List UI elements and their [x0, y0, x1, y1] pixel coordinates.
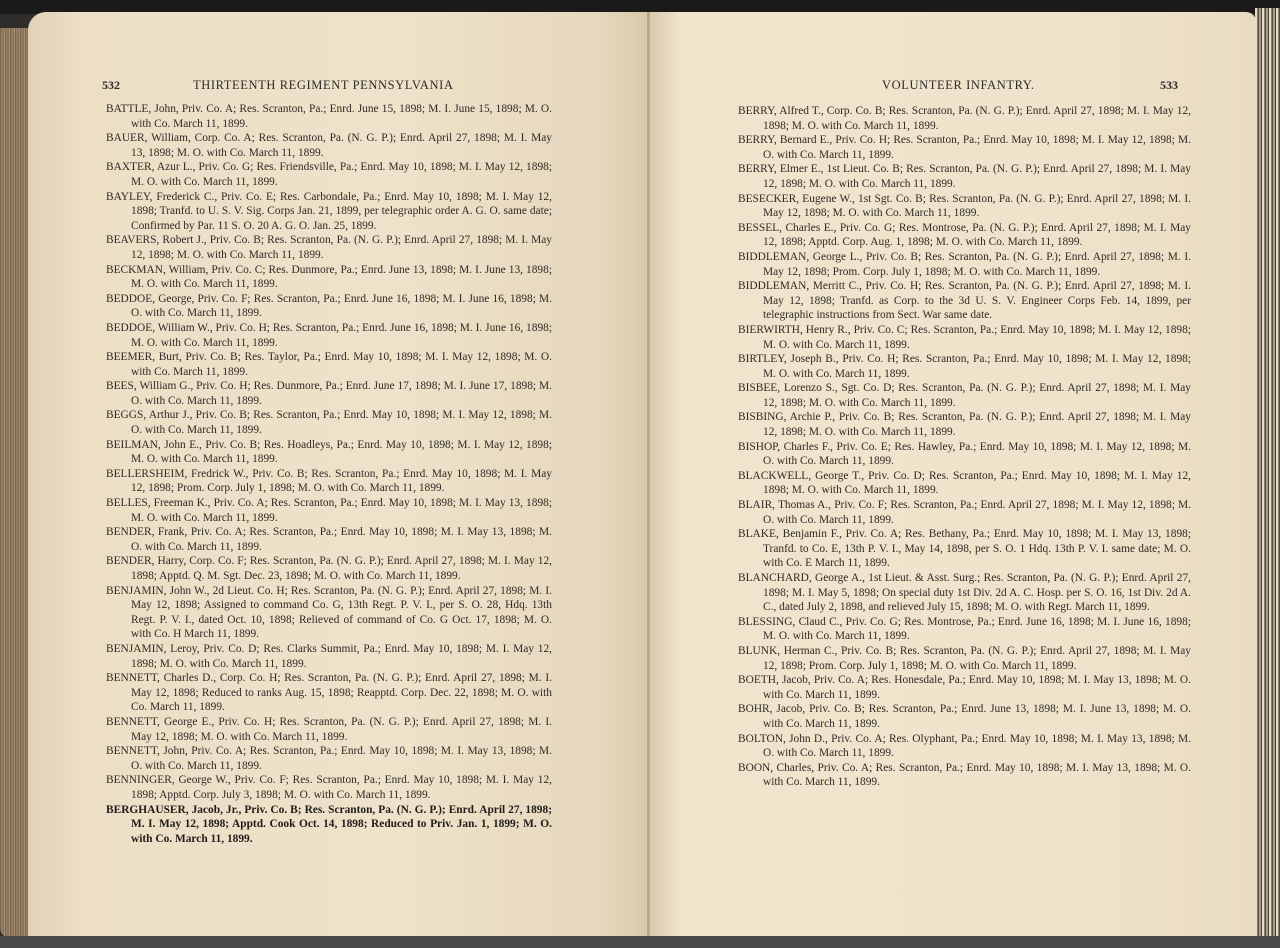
roster-entry: BOETH, Jacob, Priv. Co. A; Res. Honesdal… [738, 673, 1191, 702]
roster-entry: BIDDLEMAN, George L., Priv. Co. B; Res. … [738, 250, 1191, 279]
roster-entry: BEGGS, Arthur J., Priv. Co. B; Res. Scra… [106, 408, 552, 437]
roster-entry: BELLES, Freeman K., Priv. Co. A; Res. Sc… [106, 496, 552, 525]
roster-entry: BLUNK, Herman C., Priv. Co. B; Res. Scra… [738, 644, 1191, 673]
roster-entry: BENNINGER, George W., Priv. Co. F; Res. … [106, 773, 552, 802]
roster-entry: BEEMER, Burt, Priv. Co. B; Res. Taylor, … [106, 350, 552, 379]
roster-entry: BESECKER, Eugene W., 1st Sgt. Co. B; Res… [738, 192, 1191, 221]
roster-entry: BEES, William G., Priv. Co. H; Res. Dunm… [106, 379, 552, 408]
roster-entry: BISHOP, Charles F., Priv. Co. E; Res. Ha… [738, 440, 1191, 469]
roster-entry: BLANCHARD, George A., 1st Lieut. & Asst.… [738, 571, 1191, 615]
roster-entry: BECKMAN, William, Priv. Co. C; Res. Dunm… [106, 263, 552, 292]
roster-entry: BENJAMIN, Leroy, Priv. Co. D; Res. Clark… [106, 642, 552, 671]
roster-entry: BOON, Charles, Priv. Co. A; Res. Scranto… [738, 761, 1191, 790]
roster-entry: BLESSING, Claud C., Priv. Co. G; Res. Mo… [738, 615, 1191, 644]
roster-entry: BERGHAUSER, Jacob, Jr., Priv. Co. B; Res… [106, 803, 552, 847]
roster-entry: BAUER, William, Corp. Co. A; Res. Scrant… [106, 131, 552, 160]
roster-entry: BEILMAN, John E., Priv. Co. B; Res. Hoad… [106, 438, 552, 467]
roster-entry: BIRTLEY, Joseph B., Priv. Co. H; Res. Sc… [738, 352, 1191, 381]
running-head: VOLUNTEER INFANTRY. [882, 78, 1035, 93]
roster-entries: BERRY, Alfred T., Corp. Co. B; Res. Scra… [738, 104, 1191, 790]
roster-entry: BELLERSHEIM, Fredrick W., Priv. Co. B; R… [106, 467, 552, 496]
roster-entry: BIERWIRTH, Henry R., Priv. Co. C; Res. S… [738, 323, 1191, 352]
roster-entry: BOLTON, John D., Priv. Co. A; Res. Olyph… [738, 732, 1191, 761]
roster-entry: BERRY, Alfred T., Corp. Co. B; Res. Scra… [738, 104, 1191, 133]
book-right-page-edges [1255, 8, 1280, 938]
roster-entry: BAYLEY, Frederick C., Priv. Co. E; Res. … [106, 190, 552, 234]
roster-entry: BENJAMIN, John W., 2d Lieut. Co. H; Res.… [106, 584, 552, 642]
roster-entry: BENDER, Harry, Corp. Co. F; Res. Scranto… [106, 554, 552, 583]
page-number: 533 [1160, 78, 1178, 93]
roster-entry: BERRY, Elmer E., 1st Lieut. Co. B; Res. … [738, 162, 1191, 191]
roster-entry: BENNETT, Charles D., Corp. Co. H; Res. S… [106, 671, 552, 715]
roster-entry: BEAVERS, Robert J., Priv. Co. B; Res. Sc… [106, 233, 552, 262]
page-number: 532 [102, 78, 120, 93]
roster-entry: BENNETT, John, Priv. Co. A; Res. Scranto… [106, 744, 552, 773]
roster-entry: BAXTER, Azur L., Priv. Co. G; Res. Frien… [106, 160, 552, 189]
roster-entry: BLACKWELL, George T., Priv. Co. D; Res. … [738, 469, 1191, 498]
roster-entry: BOHR, Jacob, Priv. Co. B; Res. Scranton,… [738, 702, 1191, 731]
roster-entry: BERRY, Bernard E., Priv. Co. H; Res. Scr… [738, 133, 1191, 162]
roster-entry: BEDDOE, George, Priv. Co. F; Res. Scrant… [106, 292, 552, 321]
roster-entry: BEDDOE, William W., Priv. Co. H; Res. Sc… [106, 321, 552, 350]
left-page: 532 THIRTEENTH REGIMENT PENNSYLVANIA BAT… [28, 12, 648, 936]
roster-entry: BENNETT, George E., Priv. Co. H; Res. Sc… [106, 715, 552, 744]
roster-entry: BLAKE, Benjamin F., Priv. Co. A; Res. Be… [738, 527, 1191, 571]
roster-entry: BATTLE, John, Priv. Co. A; Res. Scranton… [106, 102, 552, 131]
right-page: VOLUNTEER INFANTRY. 533 BERRY, Alfred T.… [650, 12, 1256, 936]
roster-entry: BISBING, Archie P., Priv. Co. B; Res. Sc… [738, 410, 1191, 439]
bottom-background [0, 936, 1280, 948]
roster-entry: BENDER, Frank, Priv. Co. A; Res. Scranto… [106, 525, 552, 554]
roster-entries: BATTLE, John, Priv. Co. A; Res. Scranton… [106, 102, 552, 846]
roster-entry: BLAIR, Thomas A., Priv. Co. F; Res. Scra… [738, 498, 1191, 527]
roster-entry: BISBEE, Lorenzo S., Sgt. Co. D; Res. Scr… [738, 381, 1191, 410]
roster-entry: BIDDLEMAN, Merritt C., Priv. Co. H; Res.… [738, 279, 1191, 323]
roster-entry: BESSEL, Charles E., Priv. Co. G; Res. Mo… [738, 221, 1191, 250]
running-head: THIRTEENTH REGIMENT PENNSYLVANIA [193, 78, 454, 93]
